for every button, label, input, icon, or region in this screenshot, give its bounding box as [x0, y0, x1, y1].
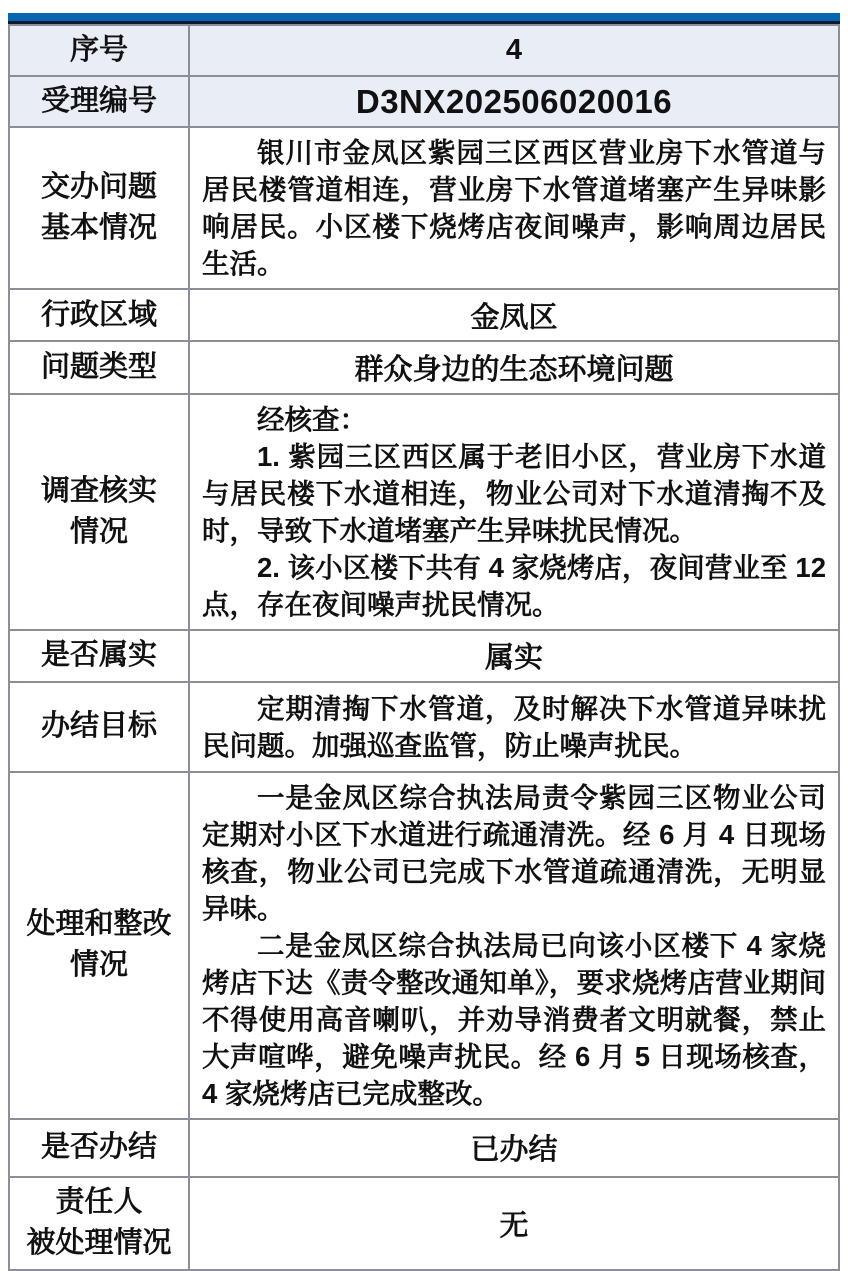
table-row-administrative-region: 行政区域 金凤区	[9, 289, 839, 341]
table-row-handling-rectification: 处理和整改 情况 一是金凤区综合执法局责令紫园三区物业公司定期对小区下水道进行疏…	[9, 772, 839, 1119]
row-label: 是否属实	[9, 630, 189, 681]
paragraph: 经核查：	[202, 401, 826, 438]
table-row-resolution-goal: 办结目标 定期清掏下水管道，及时解决下水管道异味扰民问题。加强巡查监管，防止噪声…	[9, 682, 839, 772]
table-row-is-verified: 是否属实 属实	[9, 630, 839, 681]
table-row-problem-description: 交办问题 基本情况 银川市金凤区紫园三区西区营业房下水管道与居民楼管道相连，营业…	[9, 127, 839, 289]
row-value: 已办结	[189, 1119, 839, 1177]
header-bar	[8, 13, 840, 24]
row-value: D3NX202506020016	[189, 76, 839, 127]
complaint-record-table: 序号 4 受理编号 D3NX202506020016 交办问题 基本情况 银川市…	[8, 24, 840, 1271]
table-row-problem-type: 问题类型 群众身边的生态环境问题	[9, 341, 839, 394]
row-value: 定期清掏下水管道，及时解决下水管道异味扰民问题。加强巡查监管，防止噪声扰民。	[189, 682, 839, 772]
row-label: 序号	[9, 25, 189, 76]
row-value: 属实	[189, 630, 839, 681]
row-value: 一是金凤区综合执法局责令紫园三区物业公司定期对小区下水道进行疏通清洗。经 6 月…	[189, 772, 839, 1119]
row-label: 是否办结	[9, 1119, 189, 1177]
table-row-is-completed: 是否办结 已办结	[9, 1119, 839, 1177]
row-label: 行政区域	[9, 289, 189, 341]
row-value: 无	[189, 1177, 839, 1270]
row-value: 金凤区	[189, 289, 839, 341]
table-row-responsible-person-handling: 责任人 被处理情况 无	[9, 1177, 839, 1270]
paragraph: 定期清掏下水管道，及时解决下水管道异味扰民问题。加强巡查监管，防止噪声扰民。	[202, 690, 826, 764]
table-row-investigation-findings: 调查核实 情况 经核查： 1. 紫园三区西区属于老旧小区，营业房下水道与居民楼下…	[9, 394, 839, 630]
row-label: 调查核实 情况	[9, 394, 189, 630]
row-value: 4	[189, 25, 839, 76]
row-label: 处理和整改 情况	[9, 772, 189, 1119]
row-label: 交办问题 基本情况	[9, 127, 189, 289]
page: 序号 4 受理编号 D3NX202506020016 交办问题 基本情况 银川市…	[0, 0, 848, 1230]
paragraph: 2. 该小区楼下共有 4 家烧烤店，夜间营业至 12 点，存在夜间噪声扰民情况。	[202, 549, 826, 623]
paragraph: 银川市金凤区紫园三区西区营业房下水管道与居民楼管道相连，营业房下水管道堵塞产生异…	[202, 134, 826, 282]
paragraph: 1. 紫园三区西区属于老旧小区，营业房下水道与居民楼下水道相连，物业公司对下水道…	[202, 438, 826, 549]
row-label: 问题类型	[9, 341, 189, 394]
paragraph: 二是金凤区综合执法局已向该小区楼下 4 家烧烤店下达《责令整改通知单》，要求烧烤…	[202, 927, 826, 1112]
row-label: 受理编号	[9, 76, 189, 127]
row-label: 责任人 被处理情况	[9, 1177, 189, 1270]
table-row-serial-number: 序号 4	[9, 25, 839, 76]
row-value: 群众身边的生态环境问题	[189, 341, 839, 394]
paragraph: 一是金凤区综合执法局责令紫园三区物业公司定期对小区下水道进行疏通清洗。经 6 月…	[202, 779, 826, 927]
row-value: 银川市金凤区紫园三区西区营业房下水管道与居民楼管道相连，营业房下水管道堵塞产生异…	[189, 127, 839, 289]
row-value: 经核查： 1. 紫园三区西区属于老旧小区，营业房下水道与居民楼下水道相连，物业公…	[189, 394, 839, 630]
table-row-acceptance-number: 受理编号 D3NX202506020016	[9, 76, 839, 127]
row-label: 办结目标	[9, 682, 189, 772]
